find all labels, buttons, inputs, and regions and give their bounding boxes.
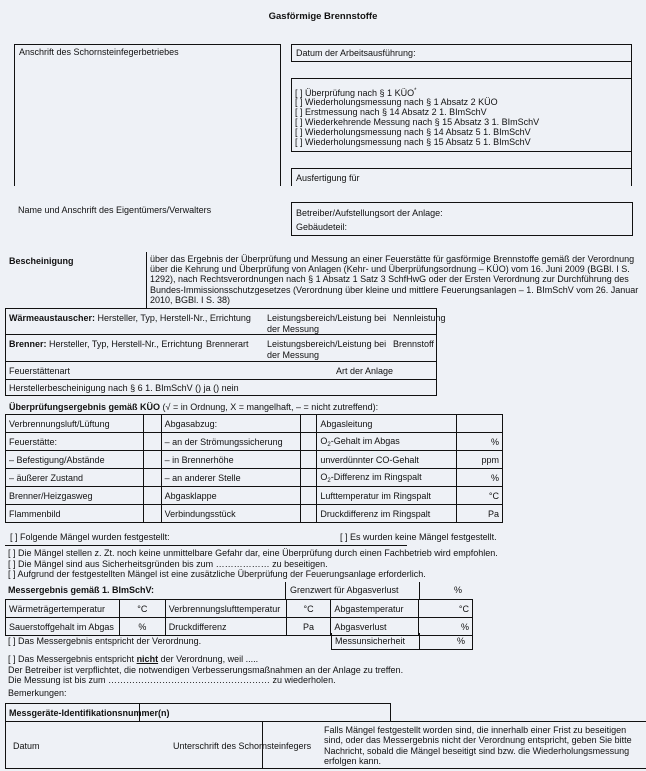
chimney-company-address-field[interactable]: Anschrift des Schornsteinfegerbetriebes <box>14 44 281 186</box>
table-cell: Flammenbild <box>6 505 144 523</box>
heat-exchanger-label: Wärmeaustauscher: Hersteller, Typ, Herst… <box>9 313 251 324</box>
limit-unit: % <box>454 585 462 596</box>
device-ids-label: Messgeräte-Identifikationsnummer(n) <box>9 708 170 719</box>
certificate-heading: Bescheinigung <box>9 256 74 267</box>
operator-field[interactable]: Betreiber/Aufstellungsort der Anlage: Ge… <box>291 202 633 236</box>
table-row: – äußerer Zustand– an anderer StelleO2-D… <box>6 469 503 487</box>
complies-checkbox[interactable]: [ ] Das Messergebnis entspricht der Vero… <box>8 636 201 647</box>
uncertainty-unit: % <box>457 636 465 647</box>
no-defects-checkbox[interactable]: [ ] Es wurden keine Mängel festgestellt. <box>340 532 497 543</box>
table-cell: Brenner/Heizgasweg <box>6 487 144 505</box>
table-cell[interactable]: ppm <box>457 451 503 469</box>
table-cell: unverdünnter CO-Gehalt <box>317 451 457 469</box>
table-row: – Befestigung/Abstände– in Brennerhöheun… <box>6 451 503 469</box>
firing-type-label: Feuerstättenart <box>9 366 70 377</box>
device-ids-field[interactable]: Messgeräte-Identifikationsnummer(n) <box>5 703 391 722</box>
table-cell: Verbindungsstück <box>161 505 301 523</box>
result-cell[interactable] <box>301 433 317 451</box>
manufacturer-cert-label: Herstellerbescheinigung nach § 6 1. BImS… <box>9 383 239 394</box>
table-cell[interactable]: °C <box>457 487 503 505</box>
table-row: Wärmeträgertemperatur°CVerbrennungsluftt… <box>6 600 473 618</box>
table-cell: Abgastemperatur <box>331 600 419 618</box>
work-date-field[interactable]: Datum der Arbeitsausführung: <box>291 44 632 62</box>
table-cell: O2-Differenz im Ringspalt <box>317 469 457 487</box>
limit-label: Grenzwert für Abgasverlust <box>290 585 399 596</box>
form-title: Gasförmige Brennstoffe <box>0 11 646 22</box>
remarks-label: Bemerkungen: <box>8 688 67 699</box>
owner-label: Name und Anschrift des Eigentümers/Verwa… <box>18 205 211 216</box>
defects-found-checkbox[interactable]: [ ] Folgende Mängel wurden festgestellt: <box>10 532 170 543</box>
not-complies-checkbox[interactable]: [ ] Das Messergebnis entspricht nicht de… <box>8 654 403 665</box>
chimney-company-label: Anschrift des Schornsteinfegerbetriebes <box>19 47 179 58</box>
result-cell[interactable] <box>457 415 503 433</box>
fuel-label: Brennstoff <box>393 339 434 350</box>
table-cell[interactable]: Pa <box>457 505 503 523</box>
measurement-heading: Messergebnis gemäß 1. BImSchV: <box>8 585 154 596</box>
work-date-label: Datum der Arbeitsausführung: <box>296 48 416 59</box>
burner-type-label: Brennerart <box>206 339 249 350</box>
value-unit-cell[interactable]: °C <box>286 600 331 618</box>
check-item[interactable]: [ ] Wiederholungsmessung nach § 15 Absat… <box>295 137 531 148</box>
operator-label: Betreiber/Aufstellungsort der Anlage: <box>296 208 443 219</box>
burner-label: Brenner: Hersteller, Typ, Herstell-Nr., … <box>9 339 202 350</box>
table-cell: O2-Gehalt im Abgas <box>317 433 457 451</box>
table-cell[interactable]: % <box>457 433 503 451</box>
table-row: Feuerstätte:– an der StrömungssicherungO… <box>6 433 503 451</box>
result-cell[interactable] <box>143 487 161 505</box>
notice-text: Falls Mängel festgestellt worden sind, d… <box>324 725 640 766</box>
measurement-table: Wärmeträgertemperatur°CVerbrennungsluftt… <box>5 599 473 636</box>
table-cell: Abgasleitung <box>317 415 457 433</box>
rated-power-label: Nennleistung <box>393 313 446 324</box>
table-cell: – an anderer Stelle <box>161 469 301 487</box>
certificate-text: über das Ergebnis der Überprüfung und Me… <box>150 254 640 305</box>
inspection-heading: Überprüfungsergebnis gemäß KÜO (√ = in O… <box>9 402 378 413</box>
defect-option[interactable]: [ ] Die Mängel sind aus Sicherheitsgründ… <box>8 559 498 570</box>
inspection-type-checklist: [ ] Überprüfung nach § 1 KÜO* [ ] Wieder… <box>291 78 632 152</box>
result-cell[interactable] <box>143 415 161 433</box>
table-row: Brenner/HeizgaswegAbgasklappeLufttempera… <box>6 487 503 505</box>
table-cell[interactable]: % <box>457 469 503 487</box>
table-cell: – an der Strömungssicherung <box>161 433 301 451</box>
result-cell[interactable] <box>143 451 161 469</box>
plant-type-label: Art der Anlage <box>336 366 393 377</box>
value-unit-cell[interactable]: °C <box>419 600 473 618</box>
result-cell[interactable] <box>301 505 317 523</box>
result-cell[interactable] <box>301 487 317 505</box>
equipment-section: Wärmeaustauscher: Hersteller, Typ, Herst… <box>5 308 437 396</box>
signature-section: Datum Unterschrift des Schornsteinfegers… <box>5 721 646 769</box>
power-range-label-2: Leistungsbereich/Leistung beider Messung <box>267 339 386 361</box>
table-cell: Druckdifferenz im Ringspalt <box>317 505 457 523</box>
table-cell: Wärmeträgertemperatur <box>6 600 120 618</box>
table-row: Verbrennungsluft/LüftungAbgasabzug:Abgas… <box>6 415 503 433</box>
defect-option[interactable]: [ ] Die Mängel stellen z. Zt. noch keine… <box>8 548 498 559</box>
table-cell: Feuerstätte: <box>6 433 144 451</box>
signature-label: Unterschrift des Schornsteinfegers <box>173 741 311 752</box>
copy-for-label: Ausfertigung für <box>296 173 360 184</box>
result-cell[interactable] <box>301 451 317 469</box>
result-cell[interactable] <box>301 469 317 487</box>
table-cell: – äußerer Zustand <box>6 469 144 487</box>
table-cell: – in Brennerhöhe <box>161 451 301 469</box>
defect-option[interactable]: [ ] Aufgrund der festgestellten Mängel i… <box>8 569 498 580</box>
defect-options: [ ] Die Mängel stellen z. Zt. noch keine… <box>8 548 498 580</box>
table-cell: Verbrennungslufttemperatur <box>165 600 286 618</box>
table-cell: Lufttemperatur im Ringspalt <box>317 487 457 505</box>
value-unit-cell[interactable]: °C <box>119 600 165 618</box>
table-cell: Verbrennungsluft/Lüftung <box>6 415 144 433</box>
non-compliance-text: [ ] Das Messergebnis entspricht nicht de… <box>8 654 403 686</box>
result-cell[interactable] <box>301 415 317 433</box>
inspection-table: Verbrennungsluft/LüftungAbgasabzug:Abgas… <box>5 414 503 523</box>
building-part-label: Gebäudeteil: <box>296 222 347 233</box>
result-cell[interactable] <box>143 433 161 451</box>
date-label: Datum <box>13 741 40 752</box>
result-cell[interactable] <box>143 469 161 487</box>
uncertainty-label: Messunsicherheit <box>335 636 405 647</box>
result-cell[interactable] <box>143 505 161 523</box>
table-cell: Abgasabzug: <box>161 415 301 433</box>
table-cell: – Befestigung/Abstände <box>6 451 144 469</box>
power-range-label: Leistungsbereich/Leistung beider Messung <box>267 313 386 335</box>
copy-for-field[interactable]: Ausfertigung für <box>291 168 632 186</box>
table-cell: Abgasklappe <box>161 487 301 505</box>
table-row: FlammenbildVerbindungsstückDruckdifferen… <box>6 505 503 523</box>
